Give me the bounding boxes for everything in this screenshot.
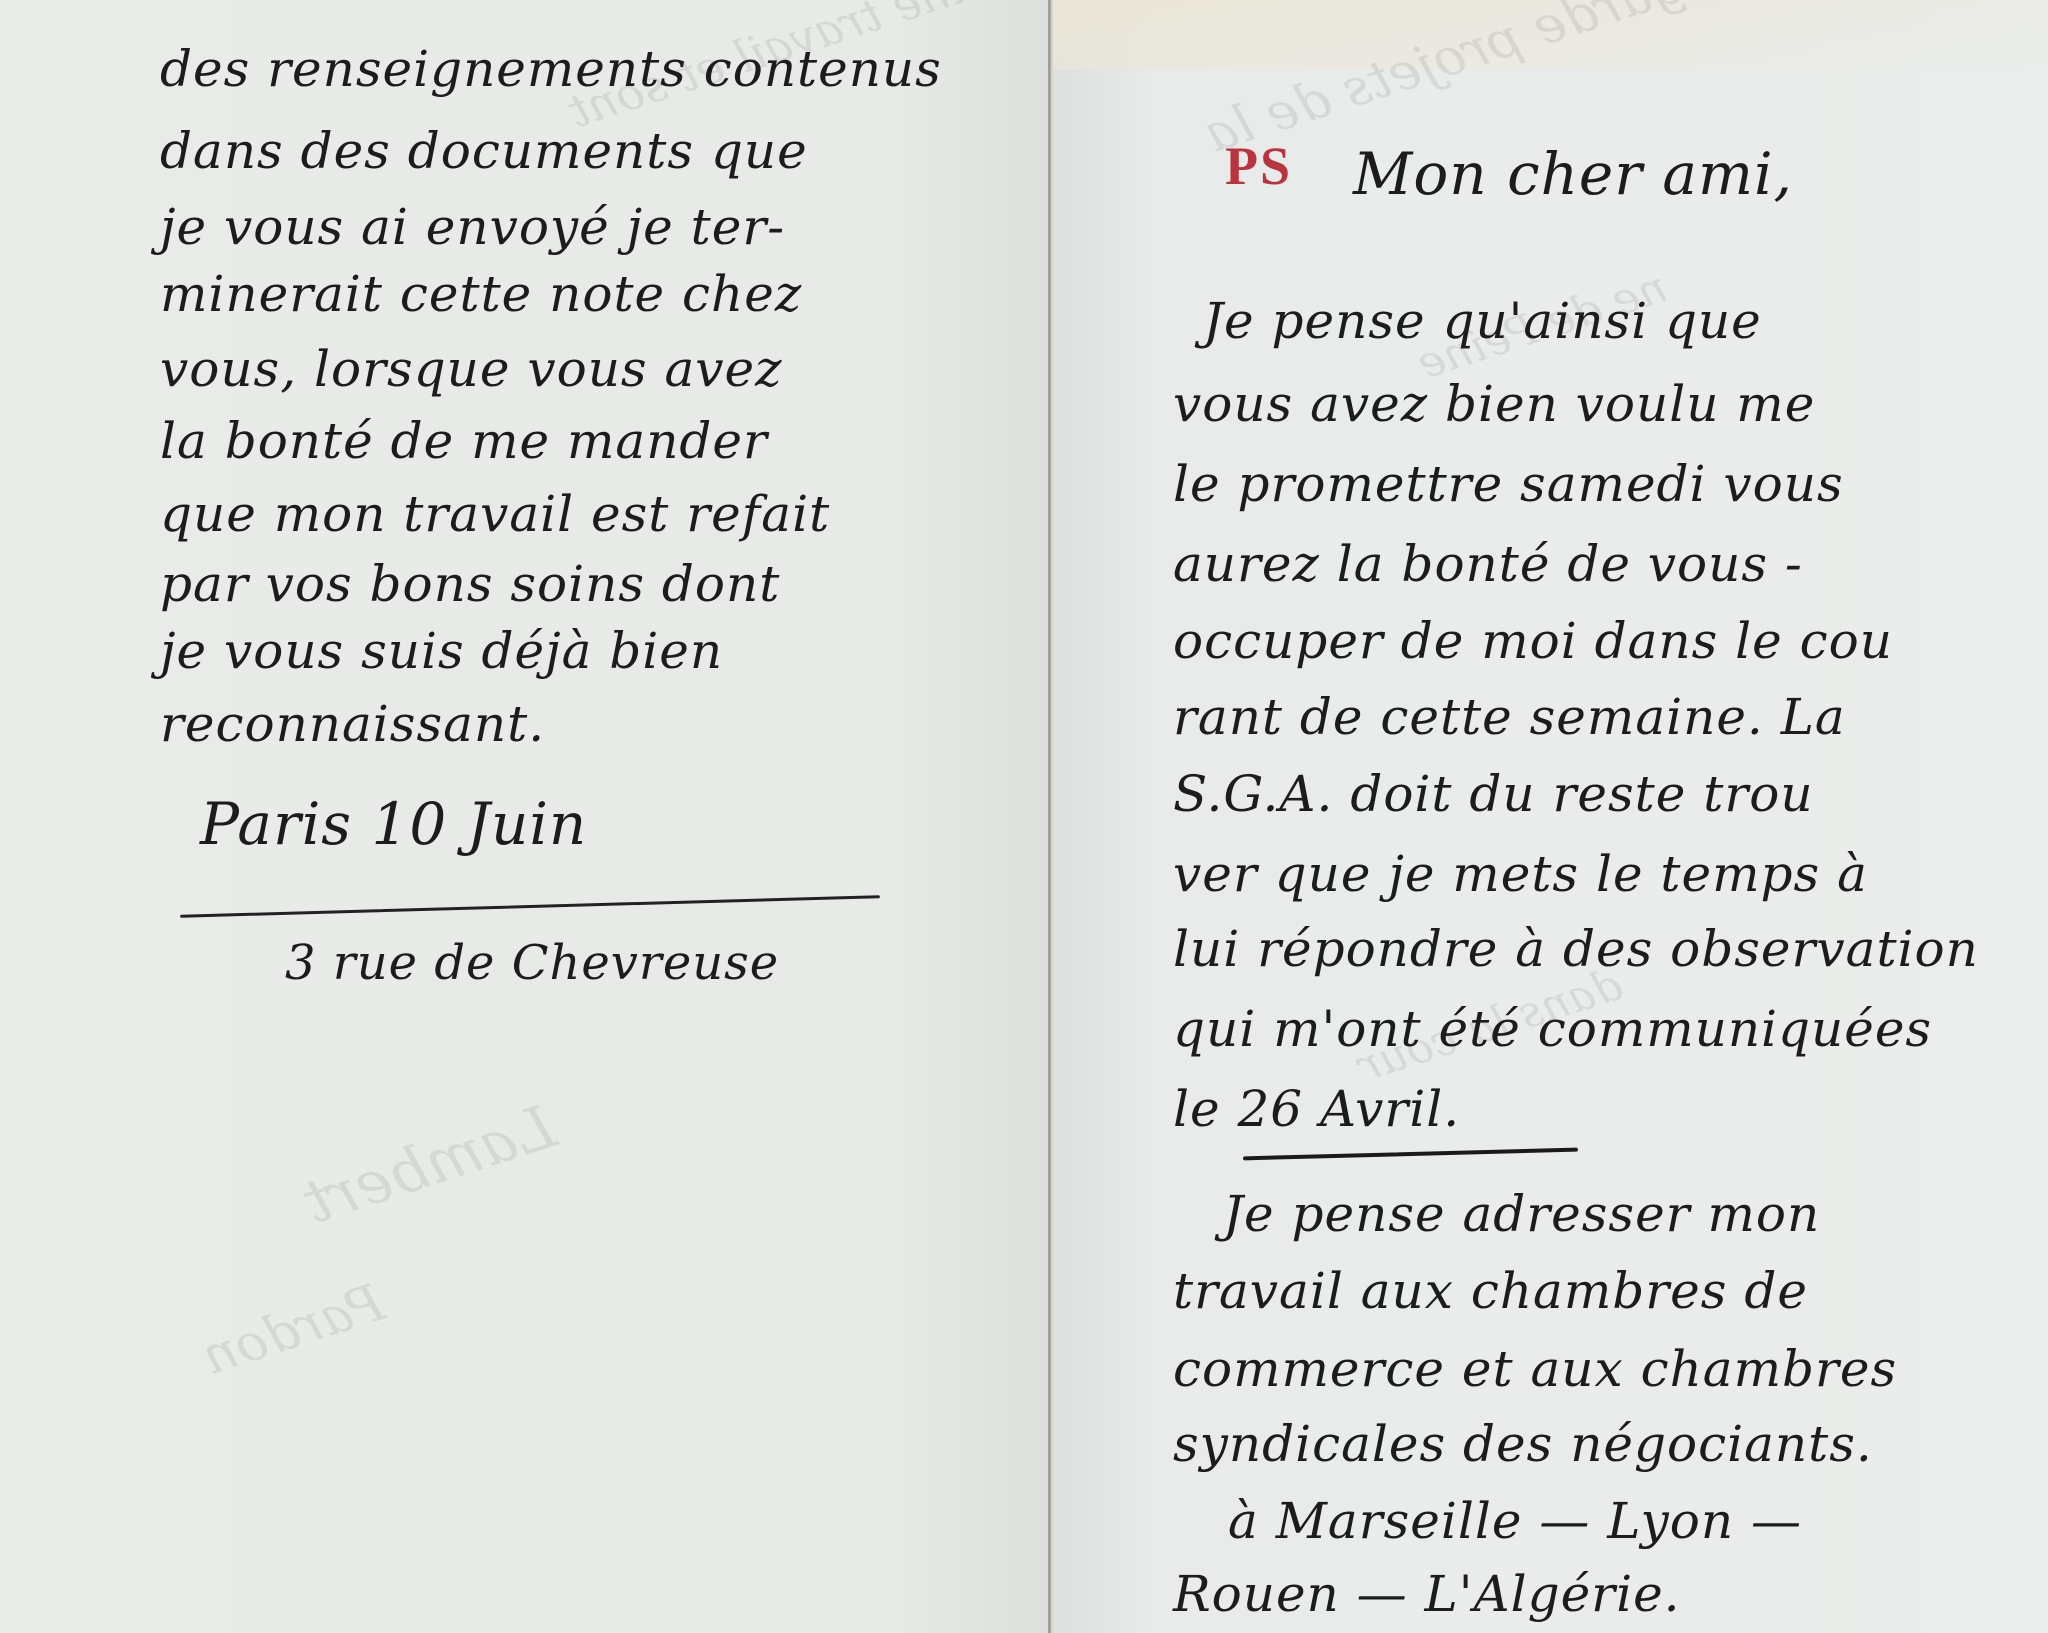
letter-spread: une travail et sont Lambert Pardon des r… xyxy=(0,0,2048,1633)
letter-line: Je pense qu'ainsi que xyxy=(1203,292,1762,350)
letter-line: vous, lorsque vous avez xyxy=(160,340,782,398)
date-underline xyxy=(1243,1148,1578,1161)
letter-line: occuper de moi dans le cou xyxy=(1173,612,1893,670)
salutation: Mon cher ami, xyxy=(1353,140,1793,208)
right-page: je garde projets de la ne de Peine dans … xyxy=(1053,0,2048,1633)
left-page: une travail et sont Lambert Pardon des r… xyxy=(0,0,1050,1633)
letter-line: je vous suis déjà bien xyxy=(160,622,723,680)
signature-rule xyxy=(180,895,880,918)
letter-line: syndicales des négociants. xyxy=(1173,1415,1873,1473)
letter-line: je vous ai envoyé je ter- xyxy=(160,198,785,256)
bleed-through-text: Lambert xyxy=(296,1092,564,1239)
letter-line: vous avez bien voulu me xyxy=(1173,375,1815,433)
letter-line: des renseignements contenus xyxy=(160,40,942,98)
letter-line: aurez la bonté de vous - xyxy=(1173,535,1803,593)
letter-line: que mon travail est refait xyxy=(160,485,830,543)
letter-line: lui répondre à des observation xyxy=(1173,920,1979,978)
letter-line: à Marseille — Lyon — xyxy=(1228,1492,1802,1550)
letter-line: reconnaissant. xyxy=(160,695,545,753)
letter-line: S.G.A. doit du reste trou xyxy=(1173,765,1814,823)
letter-line: Je pense adresser mon xyxy=(1223,1185,1820,1243)
letter-line: la bonté de me mander xyxy=(160,412,768,470)
address-line: 3 rue de Chevreuse xyxy=(285,935,779,991)
letter-line: minerait cette note chez xyxy=(160,265,802,323)
bleed-through-text: Pardon xyxy=(195,1273,391,1388)
letter-line: dans des documents que xyxy=(160,122,808,180)
letter-line: qui m'ont été communiquées xyxy=(1173,1000,1932,1058)
ps-stamp: PS xyxy=(1225,135,1292,197)
letter-line: travail aux chambres de xyxy=(1173,1262,1808,1320)
letter-line: rant de cette semaine. La xyxy=(1173,688,1846,746)
date-reference: le 26 Avril. xyxy=(1173,1080,1460,1138)
letter-line: ver que je mets le temps à xyxy=(1173,845,1868,903)
letter-line: le promettre samedi vous xyxy=(1173,455,1844,513)
letter-line: Rouen — L'Algérie. xyxy=(1173,1565,1681,1623)
letter-line: commerce et aux chambres xyxy=(1173,1340,1897,1398)
letter-line: par vos bons soins dont xyxy=(160,555,780,613)
date-line: Paris 10 Juin xyxy=(200,790,587,858)
